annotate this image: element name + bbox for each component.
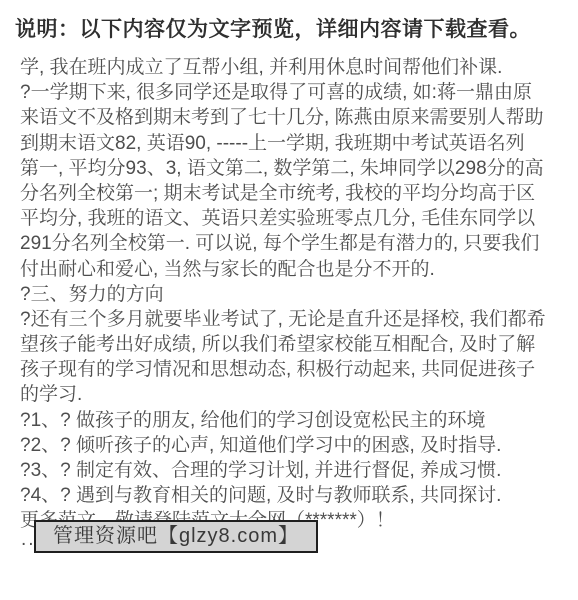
- body-text-line: 望孩子能考出好成绩, 所以我们希望家校能互相配合, 及时了解: [20, 332, 572, 357]
- body-text-line: 到期末语文82, 英语90, -----上一学期, 我班期中考试英语名列: [20, 131, 572, 156]
- body-text-line: ?还有三个多月就要毕业考试了, 无论是直升还是择校, 我们都希: [20, 307, 572, 332]
- body-text-line: ?3、? 制定有效、合理的学习计划, 并进行督促, 养成习惯.: [20, 458, 572, 483]
- body-text-line: ?1、? 做孩子的朋友, 给他们的学习创设宽松民主的环境: [20, 408, 572, 433]
- body-text-line: 来语文不及格到期末考到了七十几分, 陈燕由原来需要别人帮助: [20, 105, 572, 130]
- body-text-line: 付出耐心和爱心, 当然与家长的配合也是分不开的.: [20, 257, 572, 282]
- body-text-line: 分名列全校第一; 期末考试是全市统考, 我校的平均分均高于区: [20, 181, 572, 206]
- body-text-line: 291分名列全校第一. 可以说, 每个学生都是有潜力的, 只要我们: [20, 231, 572, 256]
- site-badge-glzy8-link[interactable]: 管理资源吧【glzy8.com】: [34, 520, 318, 553]
- body-text-line: ?4、? 遇到与教育相关的问题, 及时与教师联系, 共同探讨.: [20, 483, 572, 508]
- body-text-line: 平均分, 我班的语文、英语只差实验班零点几分, 毛佳东同学以: [20, 206, 572, 231]
- body-text-line: 孩子现有的学习情况和思想动态, 积极行动起来, 共同促进孩子: [20, 357, 572, 382]
- body-text-line: ?2、? 倾听孩子的心声, 知道他们学习中的困惑, 及时指导.: [20, 433, 572, 458]
- body-text-line: ?一学期下来, 很多同学还是取得了可喜的成绩, 如:蒋一鼎由原: [20, 80, 572, 105]
- body-text-line: 学, 我在班内成立了互帮小组, 并利用休息时间帮他们补课.: [20, 55, 572, 80]
- document-text-body: 学, 我在班内成立了互帮小组, 并利用休息时间帮他们补课. ?一学期下来, 很多…: [20, 55, 572, 534]
- body-text-line: ?三、努力的方向: [20, 282, 572, 307]
- body-text-line: 第一, 平均分93、3, 语文第二, 数学第二, 朱坤同学以298分的高: [20, 156, 572, 181]
- body-text-line: 的学习.: [20, 382, 572, 407]
- document-preview-page: 说明：以下内容仅为文字预览，详细内容请下载查看。 学, 我在班内成立了互帮小组,…: [0, 0, 578, 600]
- preview-notice: 说明：以下内容仅为文字预览，详细内容请下载查看。: [15, 13, 531, 43]
